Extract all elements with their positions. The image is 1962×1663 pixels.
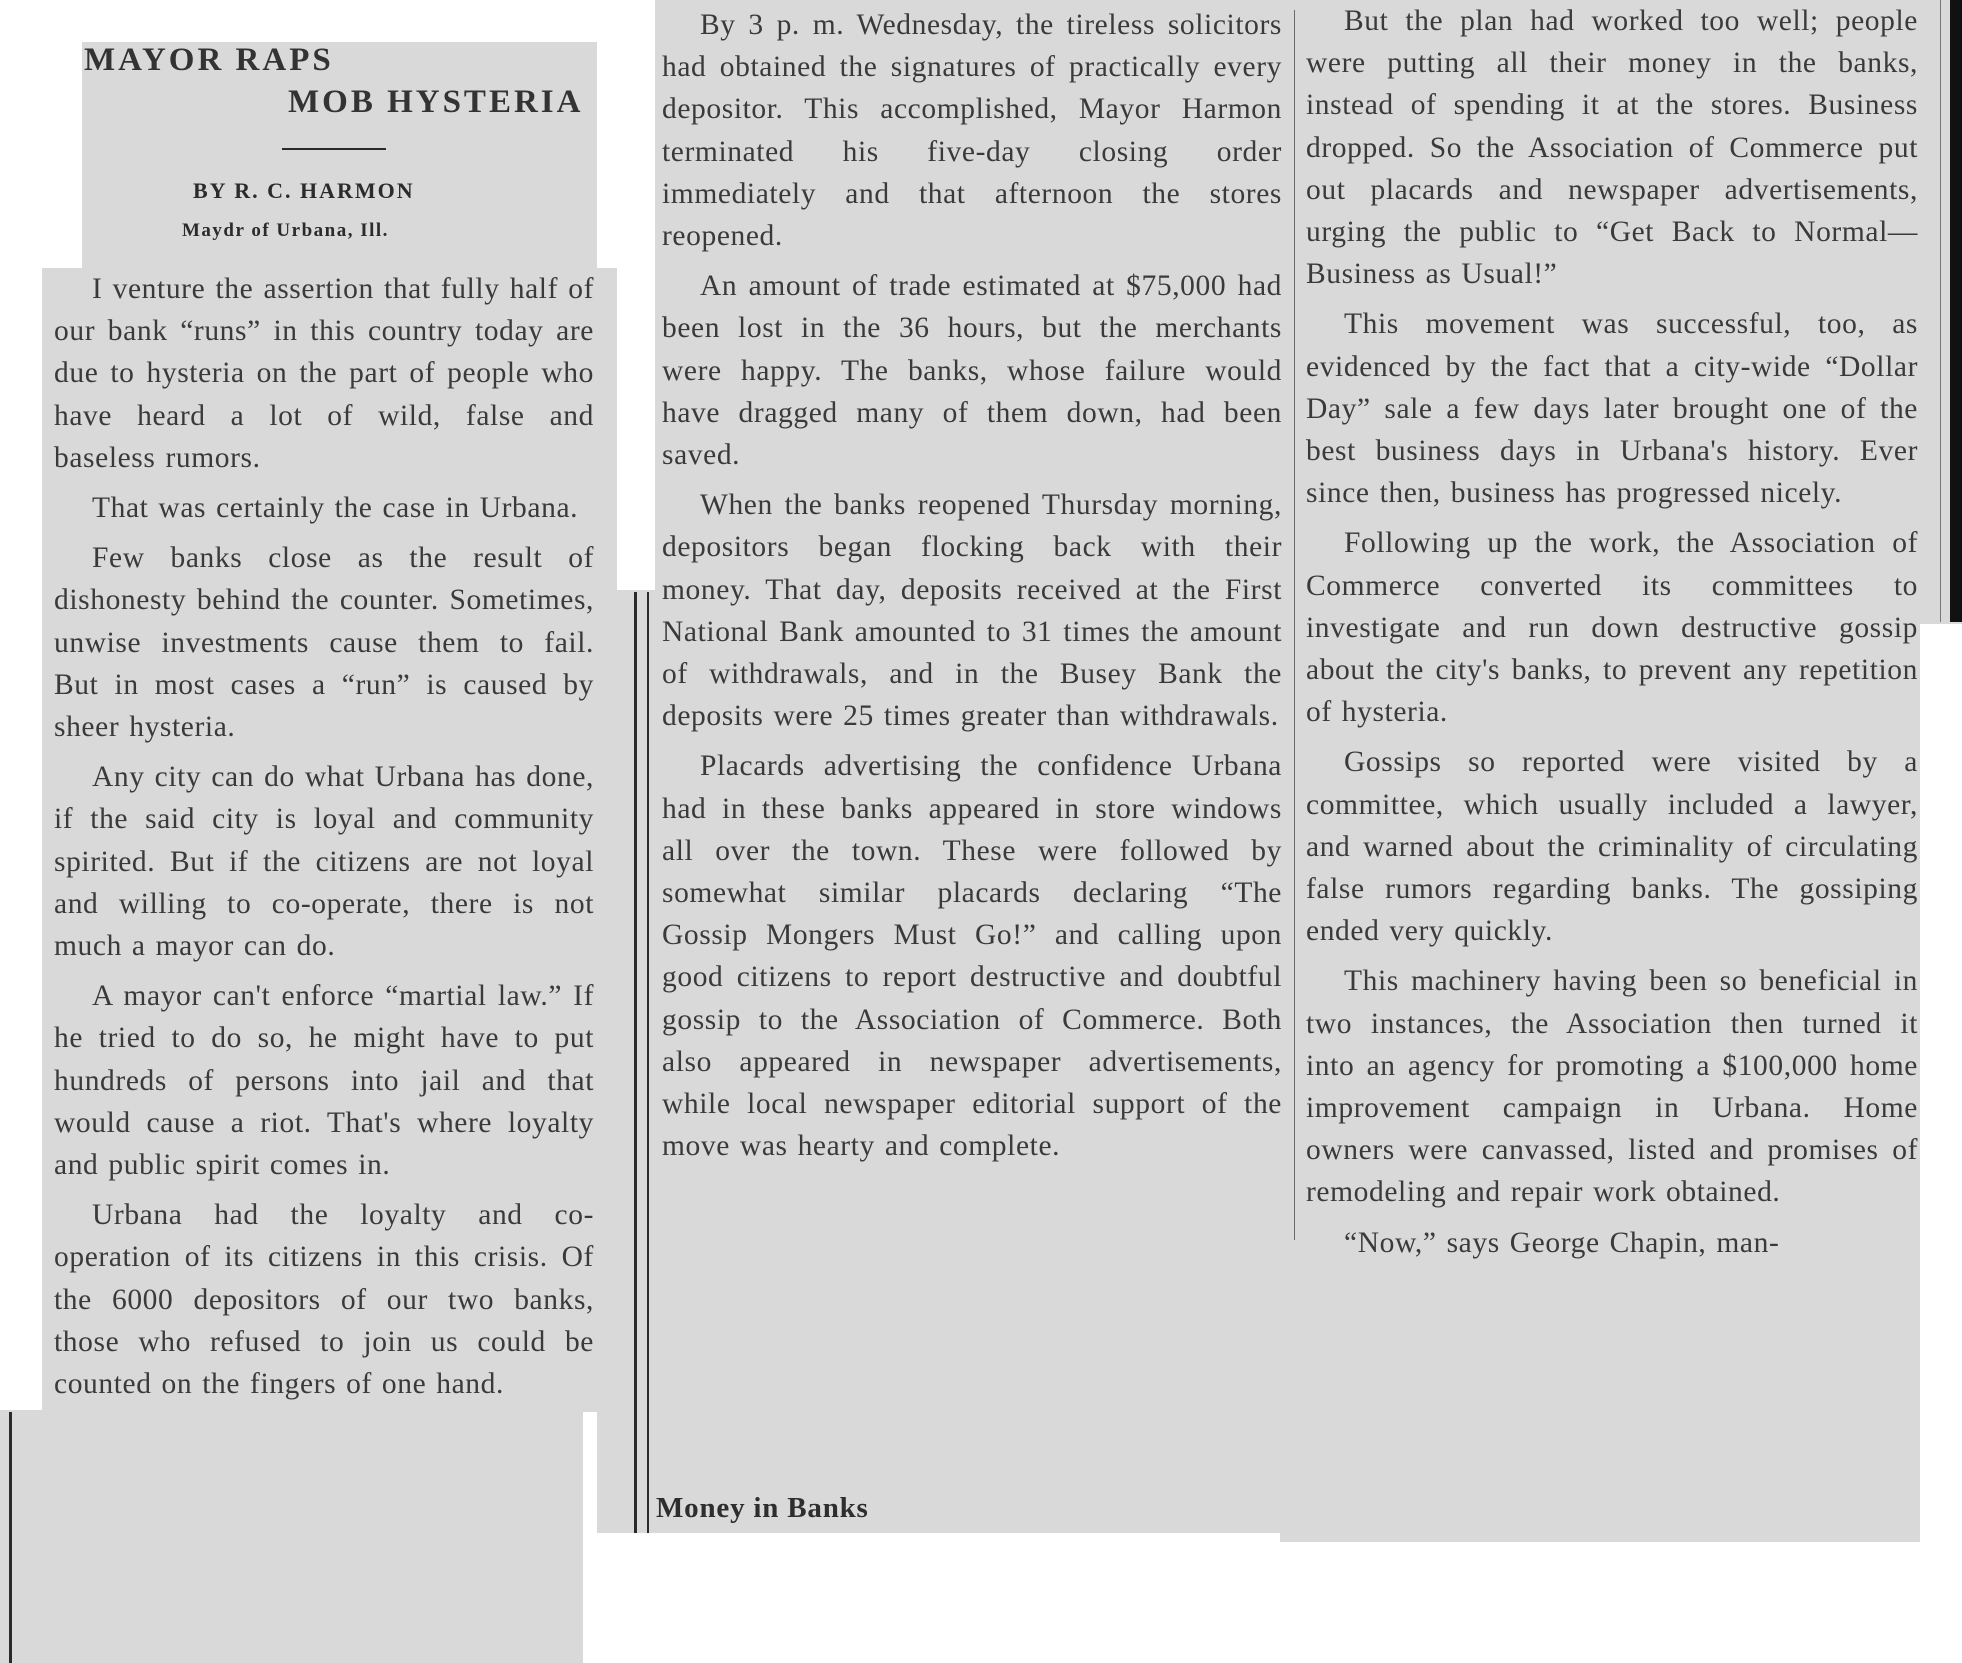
paragraph: Urbana had the loyalty and co-operation … (54, 1194, 594, 1405)
paragraph: By 3 p. m. Wednesday, the tireless solic… (662, 4, 1282, 257)
column2-double-rule-b (647, 592, 649, 1533)
column-divider-rule (1294, 10, 1295, 1240)
paragraph: Few banks close as the result of dishone… (54, 537, 594, 748)
paragraph: “Now,” says George Chapin, man- (1306, 1222, 1918, 1264)
headline-divider (282, 148, 386, 150)
subhead-money-in-banks: Money in Banks (656, 1492, 869, 1525)
column1-left-rule (9, 1412, 12, 1663)
paragraph: I venture the assertion that fully half … (54, 268, 594, 479)
column1-text: I venture the assertion that fully half … (54, 268, 594, 1405)
page-edge-black (1950, 0, 1962, 622)
paragraph: But the plan had worked too well; people… (1306, 0, 1918, 295)
column1-lower-panel (0, 1410, 583, 1663)
paragraph: An amount of trade estimated at $75,000 … (662, 265, 1282, 476)
paragraph: Gossips so reported were visited by a co… (1306, 741, 1918, 952)
dateline: Maydr of Urbana, Ill. (182, 220, 389, 242)
headline-line2: MOB HYSTERIA (288, 84, 583, 121)
column2-text: By 3 p. m. Wednesday, the tireless solic… (662, 4, 1282, 1167)
column2-double-rule-a (634, 592, 637, 1533)
paragraph: A mayor can't enforce “martial law.” If … (54, 975, 594, 1186)
column3-text: But the plan had worked too well; people… (1306, 0, 1918, 1264)
paragraph: When the banks reopened Thursday morning… (662, 484, 1282, 737)
paragraph: That was certainly the case in Urbana. (54, 487, 594, 529)
paragraph: This machinery having been so beneficial… (1306, 960, 1918, 1213)
column3-right-rule (1940, 0, 1941, 622)
paragraph: Placards advertising the confidence Urba… (662, 745, 1282, 1167)
paragraph: This movement was successful, too, as ev… (1306, 303, 1918, 514)
paragraph: Following up the work, the Association o… (1306, 522, 1918, 733)
byline: BY R. C. HARMON (193, 178, 415, 204)
paragraph: Any city can do what Urbana has done, if… (54, 756, 594, 967)
headline-line1: MAYOR RAPS (84, 42, 334, 79)
